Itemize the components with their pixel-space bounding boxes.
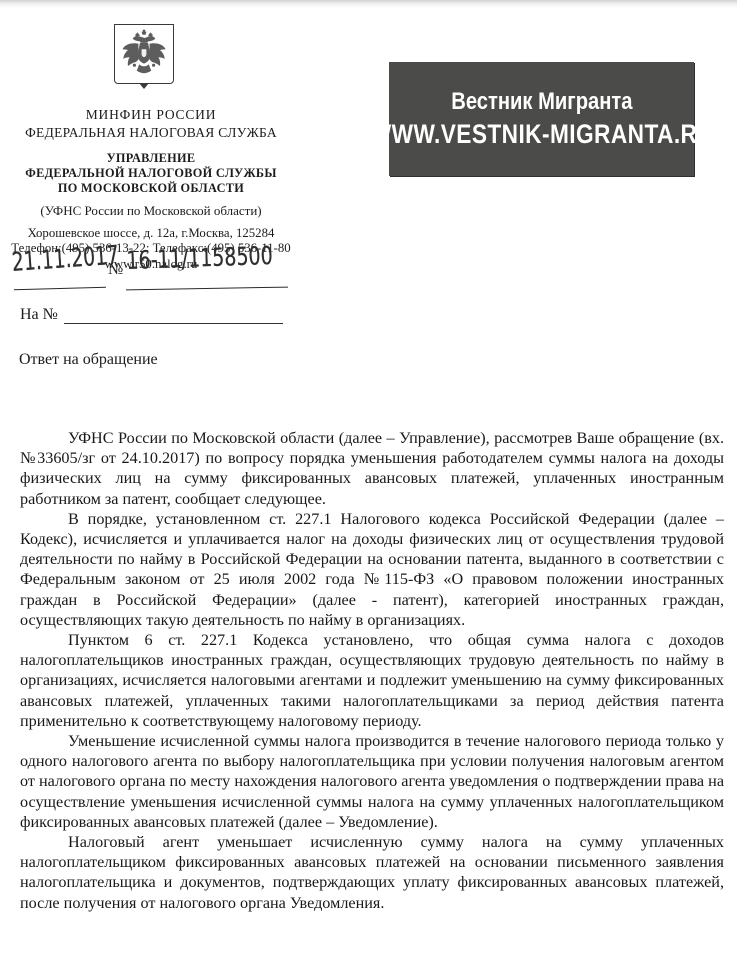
double-headed-eagle-icon — [120, 29, 168, 79]
handwritten-number: 16-11/1158500 — [126, 241, 273, 275]
body-paragraph: Пунктом 6 ст. 227.1 Кодекса установлено,… — [20, 630, 724, 731]
department-line-1: УПРАВЛЕНИЕ — [0, 151, 302, 166]
watermark-title: Вестник Мигранта — [451, 88, 632, 116]
scanned-letter-page: МИНФИН РОССИИ ФЕДЕРАЛЬНАЯ НАЛОГОВАЯ СЛУЖ… — [0, 0, 737, 965]
ministry-name: МИНФИН РОССИИ — [0, 107, 302, 123]
date-underline — [14, 287, 106, 290]
department-short-name: (УФНС России по Московской области) — [0, 203, 302, 219]
reply-to-label: На № — [20, 306, 58, 324]
number-sign: № — [108, 261, 123, 279]
watermark-url: WWW.VESTNIK-MIGRANTA.RU — [369, 119, 713, 150]
number-underline — [126, 287, 288, 291]
department-line-3: ПО МОСКОВСКОЙ ОБЛАСТИ — [0, 181, 302, 196]
service-name: ФЕДЕРАЛЬНАЯ НАЛОГОВАЯ СЛУЖБА — [0, 125, 302, 141]
body-paragraph: В порядке, установленном ст. 227.1 Налог… — [20, 509, 724, 630]
body-paragraph: Уменьшение исчисленной суммы налога прои… — [20, 731, 724, 832]
letter-body: УФНС России по Московской области (далее… — [20, 428, 724, 913]
frame-bottom-point — [139, 83, 149, 89]
coat-of-arms-frame — [114, 24, 174, 84]
subject-line: Ответ на обращение — [19, 351, 158, 369]
body-paragraph: Налоговый агент уменьшает исчисленную су… — [20, 832, 724, 913]
department-line-2: ФЕДЕРАЛЬНОЙ НАЛОГОВОЙ СЛУЖБЫ — [0, 166, 302, 181]
address-line: Хорошевское шоссе, д. 12а, г.Москва, 125… — [0, 226, 302, 242]
scan-top-edge — [0, 0, 737, 8]
reply-to-underline — [64, 323, 283, 324]
watermark-banner: Вестник Мигранта WWW.VESTNIK-MIGRANTA.RU — [389, 62, 694, 176]
body-paragraph: УФНС России по Московской области (далее… — [20, 428, 724, 509]
